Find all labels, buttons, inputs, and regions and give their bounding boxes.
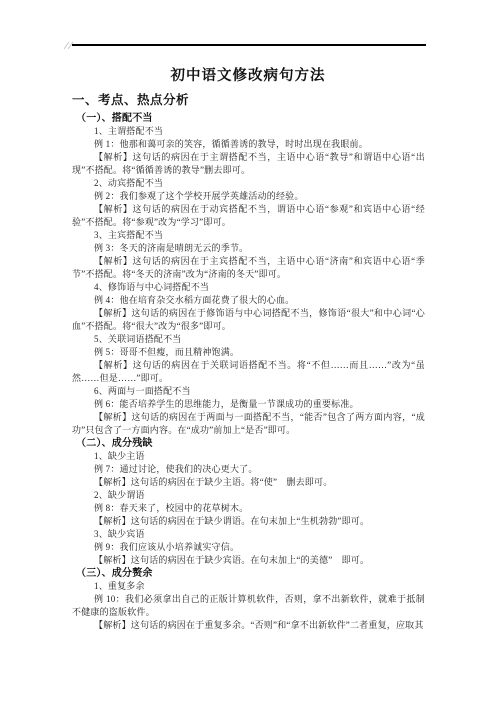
paragraph: 例 8：春天来了，校园中的花草树木。 bbox=[72, 502, 425, 515]
list-item: 3、缺少宾语 bbox=[72, 528, 425, 541]
paragraph: 【解析】这句话的病因在于缺少主语。将“使” 删去即可。 bbox=[72, 476, 425, 489]
paragraph: 例 7：通过讨论，使我们的决心更大了。 bbox=[72, 463, 425, 476]
paragraph: 例 9：我们应该从小培养诚实守信。 bbox=[72, 541, 425, 554]
paragraph: 例 4：他在培育杂交水稻方面花费了很大的心血。 bbox=[72, 294, 425, 307]
paragraph: 【解析】这句话的病因在于重复多余。“否则”和“拿不出新软件”二者重复，应取其 bbox=[72, 619, 425, 632]
main-heading: 一、考点、热点分析 bbox=[72, 90, 189, 108]
list-item: 1、重复多余 bbox=[72, 580, 425, 593]
paragraph: 例 2：我们参观了这个学校开展学英雄活动的经验。 bbox=[72, 190, 425, 203]
subsection-heading: （二）、成分残缺 bbox=[72, 437, 425, 450]
list-item: 2、动宾搭配不当 bbox=[72, 177, 425, 190]
list-item: 1、主谓搭配不当 bbox=[72, 125, 425, 138]
paragraph: 例 10：我们必须拿出自己的正版计算机软件，否则，拿不出新软件，就难于抵制不健康… bbox=[72, 593, 425, 619]
list-item: 6、两面与一面搭配不当 bbox=[72, 385, 425, 398]
paragraph: 例 5：哥哥不但瘦，而且精神饱满。 bbox=[72, 346, 425, 359]
header-rule bbox=[72, 44, 426, 46]
list-item: 5、关联词语搭配不当 bbox=[72, 333, 425, 346]
page-title: 初中语文修改病句方法 bbox=[0, 64, 496, 85]
pen-mark-icon bbox=[63, 37, 74, 46]
document-page: 初中语文修改病句方法 一、考点、热点分析 （一）、搭配不当1、主谓搭配不当例 1… bbox=[0, 0, 496, 702]
paragraph: 例 1：他那和蔼可亲的笑容，循循善诱的教导，时时出现在我眼前。 bbox=[72, 138, 425, 151]
paragraph: 【解析】这句话的病因在于主宾搭配不当，主语中心语“济南”和宾语中心语“季节”不搭… bbox=[72, 255, 425, 281]
paragraph: 【解析】这句话的病因在于关联词语搭配不当。将“不但……而且……”改为“虽然……但… bbox=[72, 359, 425, 385]
paragraph: 【解析】这句话的病因在于修饰语与中心词搭配不当，修饰语“很大”和中心词“心血”不… bbox=[72, 307, 425, 333]
paragraph: 例 6：能否培养学生的思维能力，是衡量一节课成功的重要标准。 bbox=[72, 398, 425, 411]
subsection-heading: （一）、搭配不当 bbox=[72, 112, 425, 125]
paragraph: 【解析】这句话的病因在于动宾搭配不当，谓语中心语“参观”和宾语中心语“经验”不搭… bbox=[72, 203, 425, 229]
paragraph: 例 3：冬天的济南是晴朗无云的季节。 bbox=[72, 242, 425, 255]
list-item: 3、主宾搭配不当 bbox=[72, 229, 425, 242]
document-body: （一）、搭配不当1、主谓搭配不当例 1：他那和蔼可亲的笑容，循循善诱的教导，时时… bbox=[72, 112, 425, 632]
paragraph: 【解析】这句话的病因在于主谓搭配不当，主语中心语“教导”和谓语中心语“出现”不搭… bbox=[72, 151, 425, 177]
paragraph: 【解析】这句话的病因在于两面与一面搭配不当，“能否”包含了两方面内容，“成功”只… bbox=[72, 411, 425, 437]
subsection-heading: （三）、成分赘余 bbox=[72, 567, 425, 580]
list-item: 2、缺少谓语 bbox=[72, 489, 425, 502]
list-item: 1、缺少主语 bbox=[72, 450, 425, 463]
list-item: 4、修饰语与中心词搭配不当 bbox=[72, 281, 425, 294]
paragraph: 【解析】这句话的病因在于缺少谓语。在句末加上“生机勃勃”即可。 bbox=[72, 515, 425, 528]
paragraph: 【解析】这句话的病因在于缺少宾语。在句末加上“的美德” 即可。 bbox=[72, 554, 425, 567]
